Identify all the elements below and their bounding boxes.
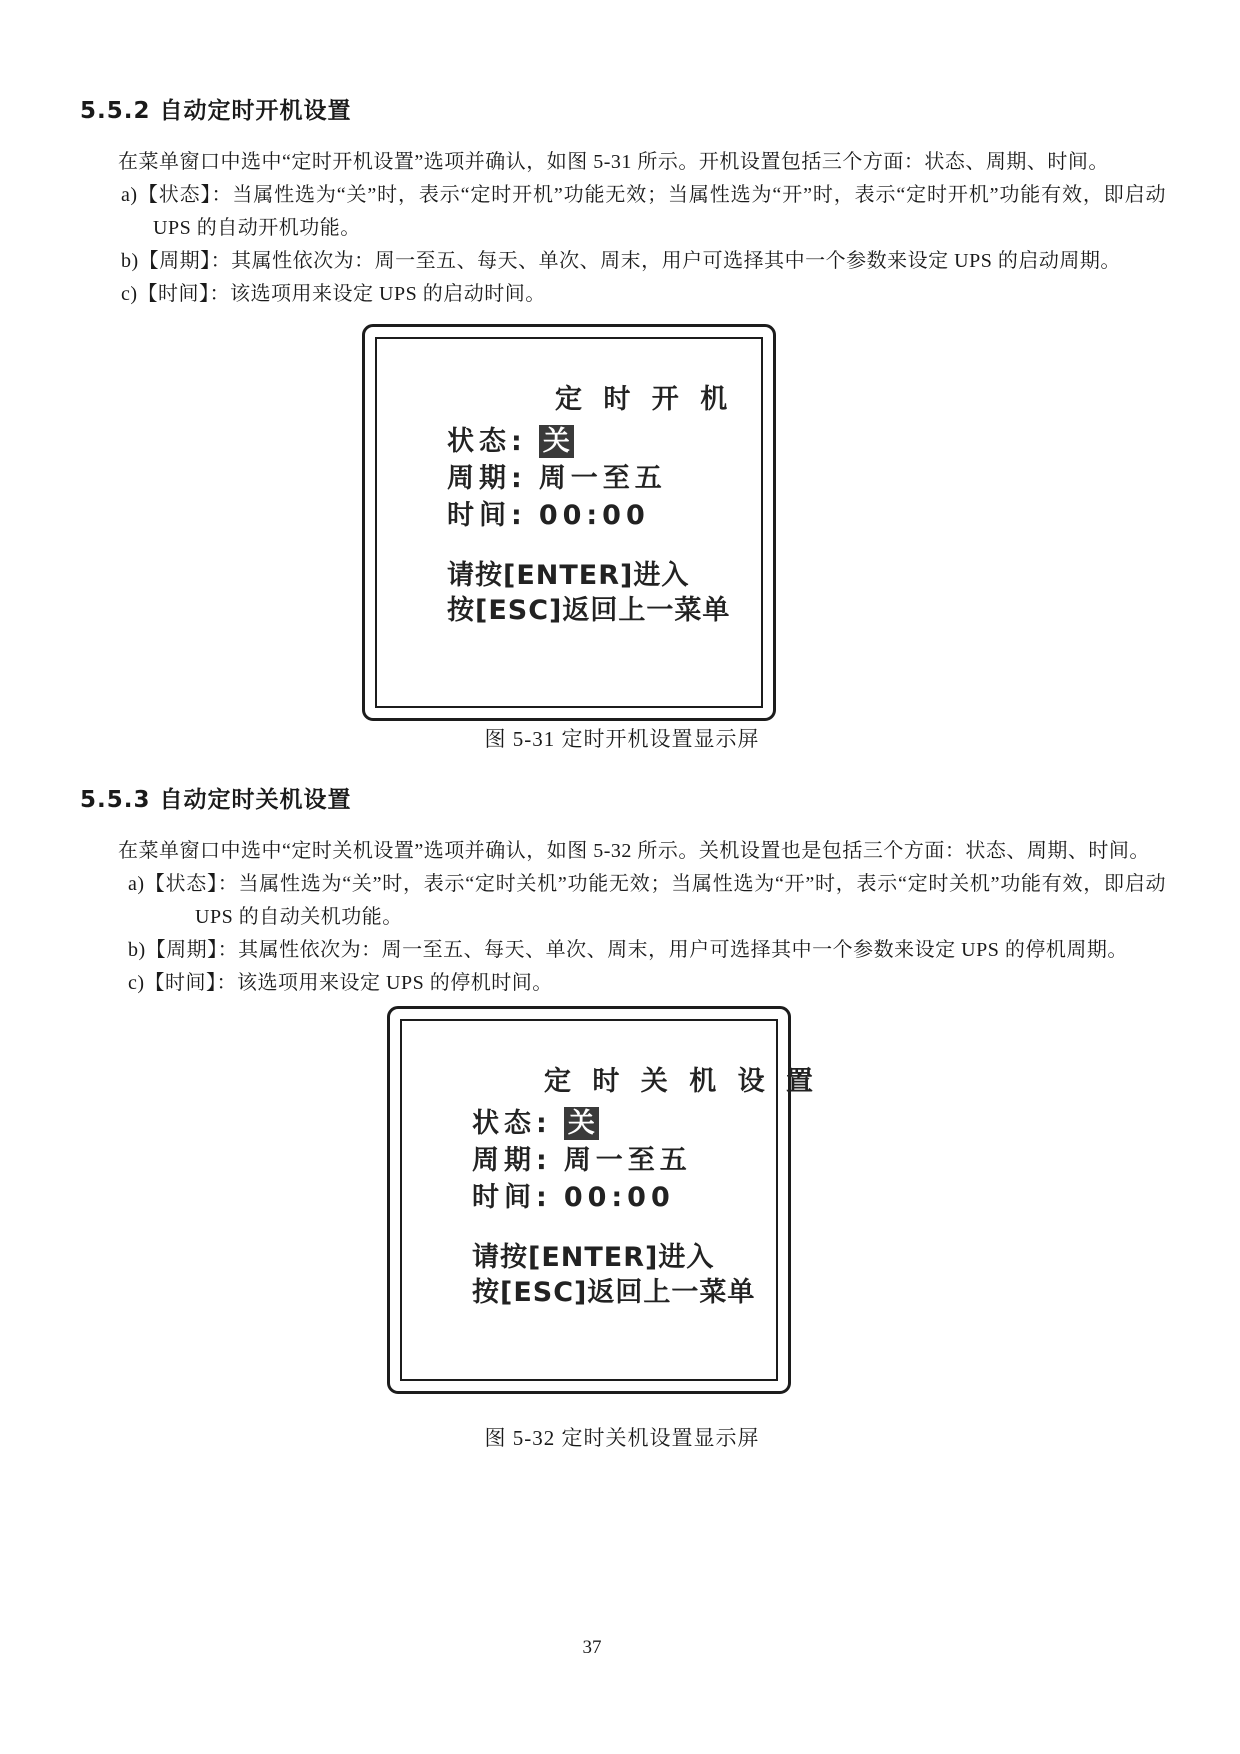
item-marker: a) (121, 184, 138, 206)
item-marker: b) (121, 250, 139, 272)
lcd-title: 定 时 开 机 (447, 385, 749, 415)
lcd-field-time: 时间:00:00 (447, 497, 749, 534)
item-text: 该选项用来设定 UPS 的停机时间。 (237, 972, 553, 994)
section-intro: 在菜单窗口中选中“定时关机设置”选项并确认，如图 5-32 所示。关机设置也是包… (78, 835, 1166, 868)
figure-caption: 图 5-31 定时开机设置显示屏 (78, 725, 1166, 753)
lcd-field-status: 状态:关 (447, 423, 749, 460)
lcd-title: 定 时 关 机 设 置 (472, 1067, 764, 1097)
lcd-hint-esc: 按[ESC]返回上一菜单 (447, 593, 749, 628)
lcd-hint-enter: 请按[ENTER]进入 (447, 558, 749, 593)
lcd-field-value-highlighted: 关 (539, 425, 574, 458)
lcd-field-label: 周期: (472, 1145, 552, 1176)
section-intro: 在菜单窗口中选中“定时开机设置”选项并确认，如图 5-31 所示。开机设置包括三… (78, 146, 1166, 179)
list-item: c)【时间】：该选项用来设定 UPS 的停机时间。 (78, 967, 1166, 1000)
lcd-field-value: 00:00 (539, 500, 650, 531)
lcd-field-value: 周一至五 (539, 463, 667, 494)
lcd-field-label: 状态: (447, 426, 527, 457)
lcd-field-period: 周期:周一至五 (472, 1142, 764, 1179)
section-heading: 5.5.2 自动定时开机设置 (80, 96, 1166, 126)
item-list: a)【状态】：当属性选为“关”时，表示“定时关机”功能无效；当属性选为“开”时，… (78, 868, 1166, 1000)
item-text: 当属性选为“关”时，表示“定时关机”功能无效；当属性选为“开”时，表示“定时关机… (195, 873, 1166, 928)
item-marker: a) (128, 873, 145, 895)
item-label: 【周期】： (146, 939, 239, 961)
item-label: 【时间】： (138, 283, 231, 305)
lcd-screen-inner: 定 时 关 机 设 置 状态:关 周期:周一至五 时间:00:00 请按[ENT… (400, 1019, 778, 1381)
list-item: a)【状态】：当属性选为“关”时，表示“定时开机”功能无效；当属性选为“开”时，… (78, 179, 1166, 245)
lcd-field-time: 时间:00:00 (472, 1179, 764, 1216)
lcd-screen-power-off: 定 时 关 机 设 置 状态:关 周期:周一至五 时间:00:00 请按[ENT… (387, 1006, 791, 1394)
section-auto-power-on: 5.5.2 自动定时开机设置 在菜单窗口中选中“定时开机设置”选项并确认，如图 … (78, 96, 1166, 753)
figure-caption: 图 5-32 定时关机设置显示屏 (78, 1424, 1166, 1452)
item-text: 其属性依次为：周一至五、每天、单次、周末，用户可选择其中一个参数来设定 UPS … (238, 939, 1128, 961)
lcd-fields: 状态:关 周期:周一至五 时间:00:00 (447, 423, 749, 534)
item-label: 【时间】： (145, 972, 238, 994)
lcd-field-status: 状态:关 (472, 1105, 764, 1142)
lcd-blank-line (472, 1216, 764, 1240)
list-item: a)【状态】：当属性选为“关”时，表示“定时关机”功能无效；当属性选为“开”时，… (78, 868, 1166, 934)
page-number: 37 (0, 1636, 1184, 1660)
lcd-field-value-highlighted: 关 (564, 1107, 599, 1140)
lcd-field-label: 周期: (447, 463, 527, 494)
lcd-field-label: 时间: (472, 1182, 552, 1213)
lcd-field-label: 时间: (447, 500, 527, 531)
item-label: 【状态】： (138, 184, 233, 206)
lcd-blank-line (447, 534, 749, 558)
lcd-field-value: 00:00 (564, 1182, 675, 1213)
item-label: 【状态】： (145, 873, 239, 895)
item-marker: c) (121, 283, 138, 305)
list-item: b)【周期】：其属性依次为：周一至五、每天、单次、周末，用户可选择其中一个参数来… (78, 245, 1166, 278)
section-auto-power-off: 5.5.3 自动定时关机设置 在菜单窗口中选中“定时关机设置”选项并确认，如图 … (78, 785, 1166, 1452)
section-heading: 5.5.3 自动定时关机设置 (80, 785, 1166, 815)
manual-page: 5.5.2 自动定时开机设置 在菜单窗口中选中“定时开机设置”选项并确认，如图 … (0, 0, 1240, 1754)
item-label: 【周期】： (139, 250, 232, 272)
lcd-hint-esc: 按[ESC]返回上一菜单 (472, 1275, 764, 1310)
item-marker: c) (128, 972, 145, 994)
item-text: 当属性选为“关”时，表示“定时开机”功能无效；当属性选为“开”时，表示“定时开机… (153, 184, 1166, 239)
item-marker: b) (128, 939, 146, 961)
list-item: c)【时间】：该选项用来设定 UPS 的启动时间。 (78, 278, 1166, 311)
lcd-screen-power-on: 定 时 开 机 状态:关 周期:周一至五 时间:00:00 请按[ENTER]进… (362, 324, 776, 721)
lcd-hint-enter: 请按[ENTER]进入 (472, 1240, 764, 1275)
lcd-fields: 状态:关 周期:周一至五 时间:00:00 (472, 1105, 764, 1216)
item-text: 其属性依次为：周一至五、每天、单次、周末，用户可选择其中一个参数来设定 UPS … (231, 250, 1121, 272)
page-content: 5.5.2 自动定时开机设置 在菜单窗口中选中“定时开机设置”选项并确认，如图 … (78, 96, 1166, 1452)
lcd-field-label: 状态: (472, 1108, 552, 1139)
list-item: b)【周期】：其属性依次为：周一至五、每天、单次、周末，用户可选择其中一个参数来… (78, 934, 1166, 967)
item-list: a)【状态】：当属性选为“关”时，表示“定时开机”功能无效；当属性选为“开”时，… (78, 179, 1166, 311)
item-text: 该选项用来设定 UPS 的启动时间。 (230, 283, 546, 305)
lcd-field-period: 周期:周一至五 (447, 460, 749, 497)
lcd-field-value: 周一至五 (564, 1145, 692, 1176)
lcd-screen-inner: 定 时 开 机 状态:关 周期:周一至五 时间:00:00 请按[ENTER]进… (375, 337, 763, 708)
